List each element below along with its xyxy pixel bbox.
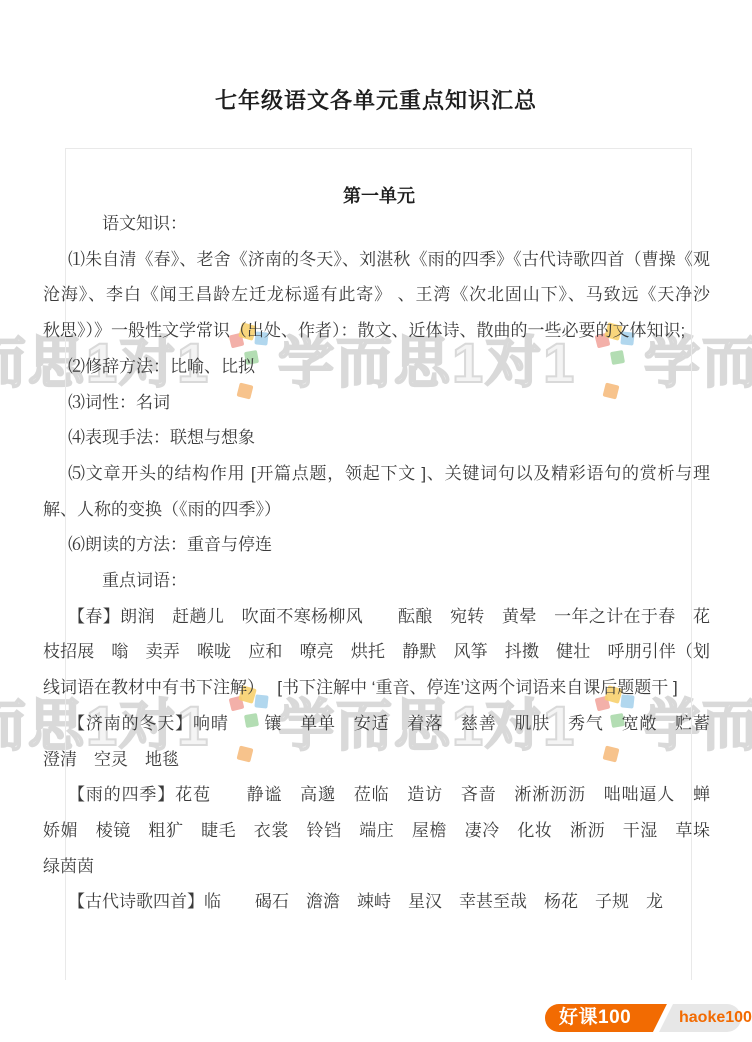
paragraph: ⑶词性：名词 [43, 385, 710, 421]
paragraph: 【古代诗歌四首】临 碣石 澹澹 竦峙 星汉 幸甚至哉 杨花 子规 龙 [43, 884, 710, 920]
paragraph: ⑵修辞方法：比喻、比拟 [43, 349, 710, 385]
paragraph: 【春】朗润 赶趟儿 吹面不寒杨柳风 酝酿 宛转 黄晕 一年之计在于春 花枝招展 … [43, 599, 710, 706]
haoke100-badge: 好课100 haoke100.com [545, 1004, 741, 1032]
domain-label: haoke100.com [679, 1004, 752, 1032]
paragraph: 【济南的冬天】响晴 镶 单单 安适 着落 慈善 肌肤 秀气 宽敞 贮蓄 澄清 空… [43, 706, 710, 777]
paragraph: 语文知识： [43, 206, 710, 242]
paragraph: ⑷表现手法：联想与想象 [43, 420, 710, 456]
document-page: 七年级语文各单元重点知识汇总 学而思1对1 学而思1对1 学而思1对1 学而思1… [0, 0, 752, 1042]
paragraph: 重点词语： [43, 563, 710, 599]
unit-content: 语文知识：⑴朱自清《春》、老舍《济南的冬天》、刘湛秋《雨的四季》《古代诗歌四首（… [43, 206, 710, 980]
paragraph: ⑸文章开头的结构作用 [开篇点题，领起下文 ]、关键词句以及精彩语句的赏析与理解… [43, 456, 710, 527]
unit-heading: 第一单元 [65, 182, 693, 208]
paragraph: 【雨的四季】花苞 静谧 高邈 莅临 造访 吝啬 淅淅沥沥 咄咄逼人 蝉 娇媚 棱… [43, 777, 710, 884]
paragraph: ⑴朱自清《春》、老舍《济南的冬天》、刘湛秋《雨的四季》《古代诗歌四首（曹操《观沧… [43, 242, 710, 349]
brand-label: 好课100 [559, 1004, 631, 1032]
paragraph: ⑹朗读的方法：重音与停连 [43, 527, 710, 563]
document-title: 七年级语文各单元重点知识汇总 [0, 84, 752, 115]
